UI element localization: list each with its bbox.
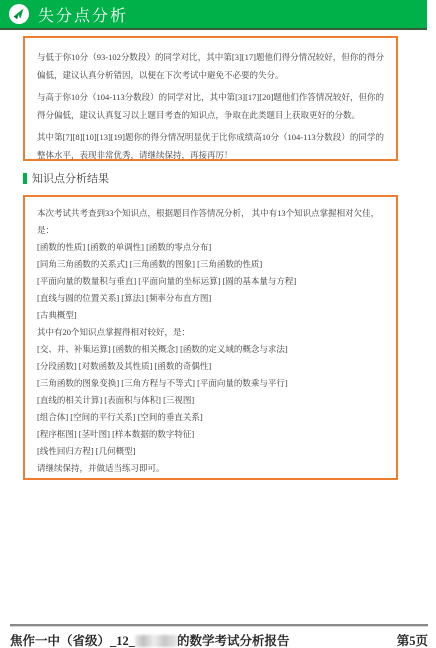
good-knowledge-line: [直线的相关计算] [表面积与体积] [三视图]	[37, 392, 384, 409]
page-footer: 焦作一中（省级）_12_的数学考试分析报告 第5页	[10, 624, 428, 648]
report-page: 失分点分析 与低于你10分（93-102分数段）的同学对比，其中第[3][17]…	[0, 0, 436, 648]
good-knowledge-line: [分段函数] [对数函数及其性质] [函数的奇偶性]	[37, 358, 384, 375]
knowledge-intro-line: 本次考试共考查到33个知识点，根据题目作答情况分析， 其中有13个知识点掌握相对…	[37, 205, 384, 222]
good-knowledge-intro: 其中有20个知识点掌握得相对较好，是：	[37, 324, 384, 341]
loss-analysis-box: 与低于你10分（93-102分数段）的同学对比，其中第[3][17]题他们得分情…	[23, 36, 398, 161]
section-marker-icon	[23, 173, 27, 184]
section-title-text: 知识点分析结果	[32, 170, 109, 186]
report-logo-icon	[9, 4, 29, 24]
section-header-bar: 失分点分析	[0, 0, 427, 30]
knowledge-section-title: 知识点分析结果	[23, 170, 109, 186]
loss-paragraph: 与低于你10分（93-102分数段）的同学对比，其中第[3][17]题他们得分情…	[37, 48, 384, 84]
weak-knowledge-line: [古典概型]	[37, 307, 384, 324]
good-knowledge-line: [程序框图] [茎叶图] [样本数据的数字特征]	[37, 426, 384, 443]
footer-title-prefix: 焦作一中（省级）_12_	[10, 634, 135, 648]
knowledge-closing-line: 请继续保持，并做适当练习即可。	[37, 460, 384, 477]
good-knowledge-line: [组合体] [空间的平行关系] [空间的垂直关系]	[37, 409, 384, 426]
page-title: 失分点分析	[38, 3, 128, 26]
page-number: 第5页	[397, 631, 428, 648]
good-knowledge-line: [三角函数的图象变换] [三角方程与不等式] [平面向量的数乘与平行]	[37, 375, 384, 392]
good-knowledge-line: [交、并、补集运算] [函数的相关概念] [函数的定义域的概念与求法]	[37, 341, 384, 358]
weak-knowledge-line: [函数的性质] [函数的单调性] [函数的零点分布]	[37, 239, 384, 256]
redacted-name	[135, 635, 177, 647]
loss-paragraph: 其中第[7][8][10][13][19]题你的得分情况明显优于比你成绩高10分…	[37, 128, 384, 164]
good-knowledge-line: [线性回归方程] [几何概型]	[37, 443, 384, 460]
weak-knowledge-line: [直线与圆的位置关系] [算法] [频率分布直方图]	[37, 290, 384, 307]
weak-knowledge-line: [同角三角函数的关系式] [三角函数的图象] [三角函数的性质]	[37, 256, 384, 273]
footer-divider	[10, 624, 428, 627]
knowledge-analysis-box: 本次考试共考查到33个知识点，根据题目作答情况分析， 其中有13个知识点掌握相对…	[23, 195, 398, 480]
knowledge-intro-line: 是：	[37, 222, 384, 239]
weak-knowledge-line: [平面向量的数量积与垂直] [平面向量的坐标运算] [圆的基本量与方程]	[37, 273, 384, 290]
loss-paragraph: 与高于你10分（104-113分数段）的同学对比，其中第[3][17][20]题…	[37, 88, 384, 124]
footer-report-title: 焦作一中（省级）_12_的数学考试分析报告	[10, 631, 290, 648]
footer-title-suffix: 的数学考试分析报告	[177, 634, 290, 648]
